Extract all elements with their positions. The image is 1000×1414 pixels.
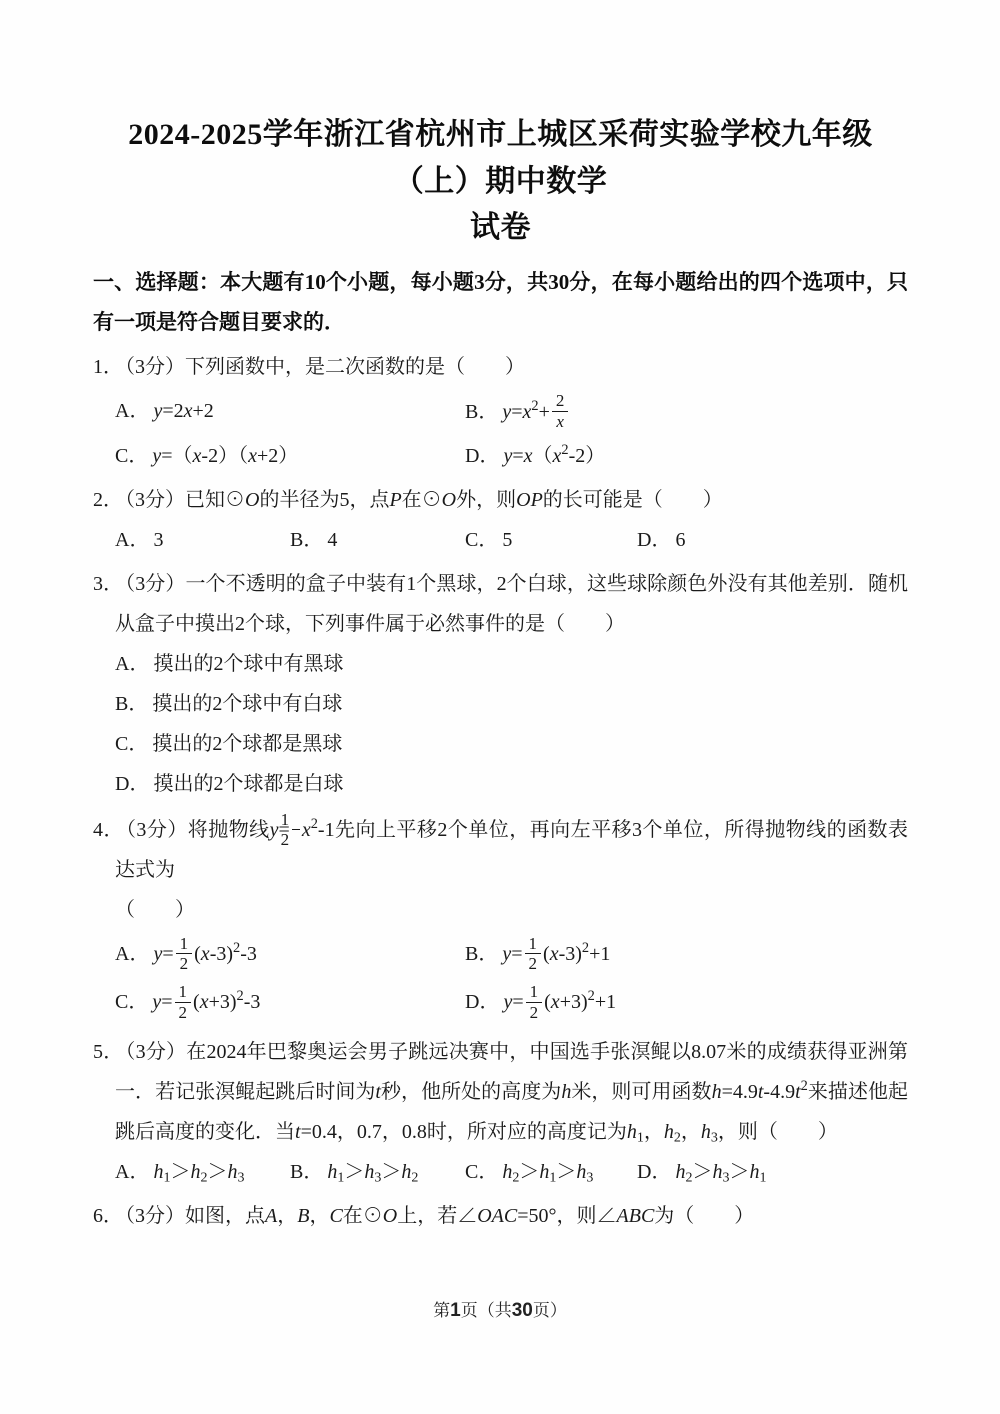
question-5-option-b: B．h1＞h3＞h2 xyxy=(290,1152,465,1192)
question-4-option-c: C．y=12(x+3)2-3 xyxy=(115,978,465,1026)
option-value: 5 xyxy=(502,529,512,551)
question-1-body: （3分）下列函数中，是二次函数的是（ ） xyxy=(125,356,525,378)
question-4-number: 4． xyxy=(93,819,126,841)
option-formula: y=2x+2 xyxy=(153,400,213,422)
option-value: 3 xyxy=(153,529,163,551)
option-label: D． xyxy=(465,445,503,467)
question-4-body: （3分）将抛物线y=12x2-1先向上平移2个单位，再向左平移3个单位，所得抛物… xyxy=(115,819,908,881)
section-1-heading: 一、选择题：本大题有10个小题，每小题3分，共30分，在每小题给出的四个选项中，… xyxy=(93,262,908,344)
option-label: C． xyxy=(115,991,152,1013)
question-4-options: A．y=12(x-3)2-3 B．y=12(x-3)2+1 C．y=12(x+3… xyxy=(115,930,908,1026)
question-5-option-a: A．h1＞h2＞h3 xyxy=(115,1152,290,1192)
option-value: 摸出的2个球中有白球 xyxy=(152,693,342,715)
exam-title-line1: 2024-2025学年浙江省杭州市上城区采荷实验学校九年级（上）期中数学 xyxy=(93,112,908,205)
question-6: 6．（3分）如图，点A，B，C在⊙O上，若∠OAC=50°，则∠ABC为（ ） xyxy=(93,1196,908,1236)
option-label: D． xyxy=(115,773,153,795)
question-4-option-d: D．y=12(x+3)2+1 xyxy=(465,978,908,1026)
question-3-option-a: A．摸出的2个球中有黑球 xyxy=(115,644,908,684)
question-2-number: 2． xyxy=(93,489,125,511)
question-5-text: 5．（3分）在2024年巴黎奥运会男子跳远决赛中，中国选手张溟鲲以8.07米的成… xyxy=(93,1032,908,1152)
question-2-option-b: B．4 xyxy=(290,520,465,560)
option-label: C． xyxy=(465,1161,502,1183)
option-formula: y=x（x2-2） xyxy=(503,445,605,467)
option-label: A． xyxy=(115,943,153,965)
question-3-option-d: D．摸出的2个球都是白球 xyxy=(115,764,908,804)
option-formula: y=12(x-3)2+1 xyxy=(502,943,610,965)
option-label: D． xyxy=(637,529,675,551)
option-label: C． xyxy=(465,529,502,551)
question-1-options: A．y=2x+2 B．y=x2+2x C．y=（x-2）（x+2） D．y=x（… xyxy=(115,387,908,475)
option-label: C． xyxy=(115,445,152,467)
question-2-text: 2．（3分）已知⊙O的半径为5，点P在⊙O外，则OP的长可能是（ ） xyxy=(93,480,908,520)
question-3-options: A．摸出的2个球中有黑球 B．摸出的2个球中有白球 C．摸出的2个球都是黑球 D… xyxy=(115,644,908,804)
question-3-text: 3．（3分）一个不透明的盒子中装有1个黑球，2个白球，这些球除颜色外没有其他差别… xyxy=(93,564,908,644)
option-value: 摸出的2个球都是白球 xyxy=(153,773,343,795)
option-label: A． xyxy=(115,400,153,422)
question-3-body: （3分）一个不透明的盒子中装有1个黑球，2个白球，这些球除颜色外没有其他差别．随… xyxy=(115,573,908,635)
option-label: B． xyxy=(465,401,502,423)
question-1-option-b: B．y=x2+2x xyxy=(465,387,908,435)
question-1-option-a: A．y=2x+2 xyxy=(115,387,465,435)
option-label: B． xyxy=(290,1161,327,1183)
question-1-option-c: C．y=（x-2）（x+2） xyxy=(115,436,465,476)
option-formula: y=x2+2x xyxy=(502,401,570,423)
option-label: B． xyxy=(290,529,327,551)
question-1-text: 1．（3分）下列函数中，是二次函数的是（ ） xyxy=(93,347,908,387)
option-formula: y=12(x-3)2-3 xyxy=(153,943,256,965)
question-4-option-a: A．y=12(x-3)2-3 xyxy=(115,930,465,978)
option-label: A． xyxy=(115,529,153,551)
option-value: 6 xyxy=(675,529,685,551)
option-label: D． xyxy=(465,991,503,1013)
question-3-option-b: B．摸出的2个球中有白球 xyxy=(115,684,908,724)
question-2-option-c: C．5 xyxy=(465,520,637,560)
question-5-options: A．h1＞h2＞h3 B．h1＞h3＞h2 C．h2＞h1＞h3 D．h2＞h3… xyxy=(115,1152,908,1192)
option-label: C． xyxy=(115,733,152,755)
option-label: B． xyxy=(465,943,502,965)
option-formula: h1＞h2＞h3 xyxy=(153,1161,244,1183)
question-5: 5．（3分）在2024年巴黎奥运会男子跳远决赛中，中国选手张溟鲲以8.07米的成… xyxy=(93,1032,908,1192)
question-5-option-c: C．h2＞h1＞h3 xyxy=(465,1152,637,1192)
question-1-number: 1． xyxy=(93,356,125,378)
question-2-option-d: D．6 xyxy=(637,520,908,560)
question-4-option-b: B．y=12(x-3)2+1 xyxy=(465,930,908,978)
option-formula: y=12(x+3)2+1 xyxy=(503,991,616,1013)
question-3: 3．（3分）一个不透明的盒子中装有1个黑球，2个白球，这些球除颜色外没有其他差别… xyxy=(93,564,908,804)
question-5-number: 5． xyxy=(93,1041,125,1063)
option-value: 摸出的2个球都是黑球 xyxy=(152,733,342,755)
question-6-body: （3分）如图，点A，B，C在⊙O上，若∠OAC=50°，则∠ABC为（ ） xyxy=(125,1205,754,1227)
option-value: 摸出的2个球中有黑球 xyxy=(153,653,343,675)
question-2: 2．（3分）已知⊙O的半径为5，点P在⊙O外，则OP的长可能是（ ） A．3 B… xyxy=(93,480,908,560)
question-5-body: （3分）在2024年巴黎奥运会男子跳远决赛中，中国选手张溟鲲以8.07米的成绩获… xyxy=(115,1041,908,1143)
option-label: A． xyxy=(115,1161,153,1183)
option-label: D． xyxy=(637,1161,675,1183)
page-footer: 第1页（共30页） xyxy=(0,1296,1000,1322)
option-formula: y=12(x+3)2-3 xyxy=(152,991,260,1013)
option-label: B． xyxy=(115,693,152,715)
question-1-option-d: D．y=x（x2-2） xyxy=(465,436,908,476)
question-2-options: A．3 B．4 C．5 D．6 xyxy=(115,520,908,560)
option-label: A． xyxy=(115,653,153,675)
question-1: 1．（3分）下列函数中，是二次函数的是（ ） A．y=2x+2 B．y=x2+2… xyxy=(93,347,908,475)
question-5-option-d: D．h2＞h3＞h1 xyxy=(637,1152,908,1192)
question-2-body: （3分）已知⊙O的半径为5，点P在⊙O外，则OP的长可能是（ ） xyxy=(125,489,723,511)
question-3-option-c: C．摸出的2个球都是黑球 xyxy=(115,724,908,764)
page-number: 第1页（共30页） xyxy=(433,1301,567,1320)
option-value: 4 xyxy=(327,529,337,551)
question-6-text: 6．（3分）如图，点A，B，C在⊙O上，若∠OAC=50°，则∠ABC为（ ） xyxy=(93,1196,908,1236)
exam-content: 2024-2025学年浙江省杭州市上城区采荷实验学校九年级（上）期中数学 试卷 … xyxy=(0,0,1000,1236)
option-formula: h2＞h1＞h3 xyxy=(502,1161,593,1183)
option-formula: y=（x-2）（x+2） xyxy=(152,445,298,467)
question-4-text: 4．（3分）将抛物线y=12x2-1先向上平移2个单位，再向左平移3个单位，所得… xyxy=(93,810,908,890)
option-formula: h1＞h3＞h2 xyxy=(327,1161,418,1183)
question-2-option-a: A．3 xyxy=(115,520,290,560)
exam-page: 2024-2025学年浙江省杭州市上城区采荷实验学校九年级（上）期中数学 试卷 … xyxy=(0,0,1000,1414)
question-4-answer-blank: （ ） xyxy=(93,890,908,930)
exam-title: 2024-2025学年浙江省杭州市上城区采荷实验学校九年级（上）期中数学 试卷 xyxy=(93,112,908,252)
question-3-number: 3． xyxy=(93,573,125,595)
question-6-number: 6． xyxy=(93,1205,125,1227)
option-formula: h2＞h3＞h1 xyxy=(675,1161,766,1183)
exam-title-line2: 试卷 xyxy=(93,205,908,252)
question-4: 4．（3分）将抛物线y=12x2-1先向上平移2个单位，再向左平移3个单位，所得… xyxy=(93,810,908,1027)
